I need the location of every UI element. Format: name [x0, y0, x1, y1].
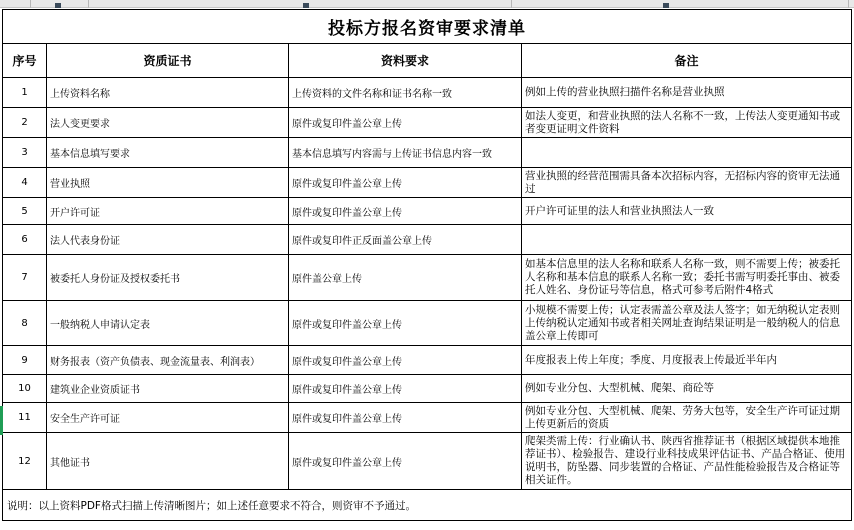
column-separator	[88, 0, 89, 8]
column-header-note[interactable]: 备注	[522, 44, 852, 78]
remark-cell[interactable]: 爬架类需上传：行业确认书、陕西省推荐证书（根据区域提供本地推荐证书）、检验报告、…	[522, 433, 852, 490]
remark-cell[interactable]: 开户许可证里的法人和营业执照法人一致	[522, 198, 852, 225]
footnote-row: 说明：以上资料PDF格式扫描上传清晰图片；如上述任意要求不符合，则资审不予通过。	[3, 490, 852, 521]
spreadsheet-column-header-strip[interactable]	[0, 0, 854, 8]
column-separator	[848, 0, 849, 8]
column-letter-remnant	[303, 3, 309, 8]
table-header-row: 序号 资质证书 资料要求 备注	[3, 44, 852, 78]
certificate-cell[interactable]: 被委托人身份证及授权委托书	[47, 255, 289, 301]
table-row: 2法人变更要求原件或复印件盖公章上传如法人变更，和营业执照的法人名称不一致，上传…	[3, 108, 852, 138]
remark-cell[interactable]: 年度报表上传上年度；季度、月度报表上传最近半年内	[522, 346, 852, 375]
table-row: 9财务报表（资产负债表、现金流量表、利润表）原件或复印件盖公章上传年度报表上传上…	[3, 346, 852, 375]
row-number-cell[interactable]: 1	[3, 78, 47, 108]
remark-cell[interactable]: 例如专业分包、大型机械、爬架、劳务大包等，安全生产许可证过期上传更新后的资质	[522, 403, 852, 433]
requirement-cell[interactable]: 基本信息填写内容需与上传证书信息内容一致	[289, 138, 522, 168]
row-number-cell[interactable]: 7	[3, 255, 47, 301]
remark-cell[interactable]: 例如专业分包、大型机械、爬架、商砼等	[522, 375, 852, 403]
column-header-no[interactable]: 序号	[3, 44, 47, 78]
certificate-cell[interactable]: 建筑业企业资质证书	[47, 375, 289, 403]
table-row: 8一般纳税人申请认定表原件或复印件盖公章上传小规模不需要上传；认定表需盖公章及法…	[3, 301, 852, 346]
row-number-cell[interactable]: 8	[3, 301, 47, 346]
certificate-cell[interactable]: 营业执照	[47, 168, 289, 198]
row-number-cell[interactable]: 12	[3, 433, 47, 490]
column-separator	[30, 0, 31, 8]
requirement-cell[interactable]: 原件或复印件盖公章上传	[289, 375, 522, 403]
footnote[interactable]: 说明：以上资料PDF格式扫描上传清晰图片；如上述任意要求不符合，则资审不予通过。	[3, 490, 852, 521]
requirement-cell[interactable]: 原件或复印件盖公章上传	[289, 403, 522, 433]
row-number-cell[interactable]: 3	[3, 138, 47, 168]
certificate-cell[interactable]: 其他证书	[47, 433, 289, 490]
row-number-cell[interactable]: 9	[3, 346, 47, 375]
requirement-cell[interactable]: 原件或复印件盖公章上传	[289, 168, 522, 198]
table-row: 4营业执照原件或复印件盖公章上传营业执照的经营范围需具备本次招标内容，无招标内容…	[3, 168, 852, 198]
title-row: 投标方报名资审要求清单	[3, 10, 852, 44]
row-number-cell[interactable]: 5	[3, 198, 47, 225]
remark-cell[interactable]: 小规模不需要上传；认定表需盖公章及法人签字；如无纳税认定表则上传纳税认定通知书或…	[522, 301, 852, 346]
certificate-cell[interactable]: 基本信息填写要求	[47, 138, 289, 168]
certificate-cell[interactable]: 安全生产许可证	[47, 403, 289, 433]
remark-cell[interactable]: 如基本信息里的法人名称和联系人名称一致，则不需要上传；被委托人名称和基本信息的联…	[522, 255, 852, 301]
column-header-req[interactable]: 资料要求	[289, 44, 522, 78]
requirements-table: 投标方报名资审要求清单 序号 资质证书 资料要求 备注 1上传资料名称上传资料的…	[2, 9, 852, 521]
remark-cell[interactable]	[522, 225, 852, 255]
row-number-cell[interactable]: 4	[3, 168, 47, 198]
requirement-cell[interactable]: 原件或复印件盖公章上传	[289, 108, 522, 138]
certificate-cell[interactable]: 上传资料名称	[47, 78, 289, 108]
requirement-cell[interactable]: 原件或复印件盖公章上传	[289, 433, 522, 490]
row-number-cell[interactable]: 10	[3, 375, 47, 403]
table-row: 6法人代表身份证原件或复印件正反面盖公章上传	[3, 225, 852, 255]
table-row: 1上传资料名称上传资料的文件名称和证书名称一致例如上传的营业执照扫描件名称是营业…	[3, 78, 852, 108]
selection-indicator	[0, 406, 3, 435]
certificate-cell[interactable]: 法人代表身份证	[47, 225, 289, 255]
table-row: 12其他证书原件或复印件盖公章上传爬架类需上传：行业确认书、陕西省推荐证书（根据…	[3, 433, 852, 490]
requirement-cell[interactable]: 原件或复印件盖公章上传	[289, 346, 522, 375]
table-row: 11安全生产许可证原件或复印件盖公章上传例如专业分包、大型机械、爬架、劳务大包等…	[3, 403, 852, 433]
remark-cell[interactable]	[522, 138, 852, 168]
table-row: 5开户许可证原件或复印件盖公章上传开户许可证里的法人和营业执照法人一致	[3, 198, 852, 225]
page-title: 投标方报名资审要求清单	[3, 10, 852, 44]
certificate-cell[interactable]: 法人变更要求	[47, 108, 289, 138]
remark-cell[interactable]: 营业执照的经营范围需具备本次招标内容，无招标内容的资审无法通过	[522, 168, 852, 198]
requirement-cell[interactable]: 原件或复印件盖公章上传	[289, 198, 522, 225]
requirements-table-body: 1上传资料名称上传资料的文件名称和证书名称一致例如上传的营业执照扫描件名称是营业…	[3, 78, 852, 490]
remark-cell[interactable]: 例如上传的营业执照扫描件名称是营业执照	[522, 78, 852, 108]
requirement-cell[interactable]: 原件或复印件盖公章上传	[289, 301, 522, 346]
remark-cell[interactable]: 如法人变更，和营业执照的法人名称不一致，上传法人变更通知书或者变更证明文件资料	[522, 108, 852, 138]
column-header-cert[interactable]: 资质证书	[47, 44, 289, 78]
row-number-cell[interactable]: 2	[3, 108, 47, 138]
table-row: 3基本信息填写要求基本信息填写内容需与上传证书信息内容一致	[3, 138, 852, 168]
table-row: 7被委托人身份证及授权委托书原件盖公章上传如基本信息里的法人名称和联系人名称一致…	[3, 255, 852, 301]
requirement-cell[interactable]: 原件或复印件正反面盖公章上传	[289, 225, 522, 255]
requirement-cell[interactable]: 原件盖公章上传	[289, 255, 522, 301]
row-number-cell[interactable]: 6	[3, 225, 47, 255]
table-row: 10建筑业企业资质证书原件或复印件盖公章上传例如专业分包、大型机械、爬架、商砼等	[3, 375, 852, 403]
column-letter-remnant	[55, 3, 61, 8]
column-separator	[511, 0, 512, 8]
certificate-cell[interactable]: 财务报表（资产负债表、现金流量表、利润表）	[47, 346, 289, 375]
row-number-cell[interactable]: 11	[3, 403, 47, 433]
certificate-cell[interactable]: 开户许可证	[47, 198, 289, 225]
requirement-cell[interactable]: 上传资料的文件名称和证书名称一致	[289, 78, 522, 108]
column-letter-remnant	[663, 3, 669, 8]
certificate-cell[interactable]: 一般纳税人申请认定表	[47, 301, 289, 346]
